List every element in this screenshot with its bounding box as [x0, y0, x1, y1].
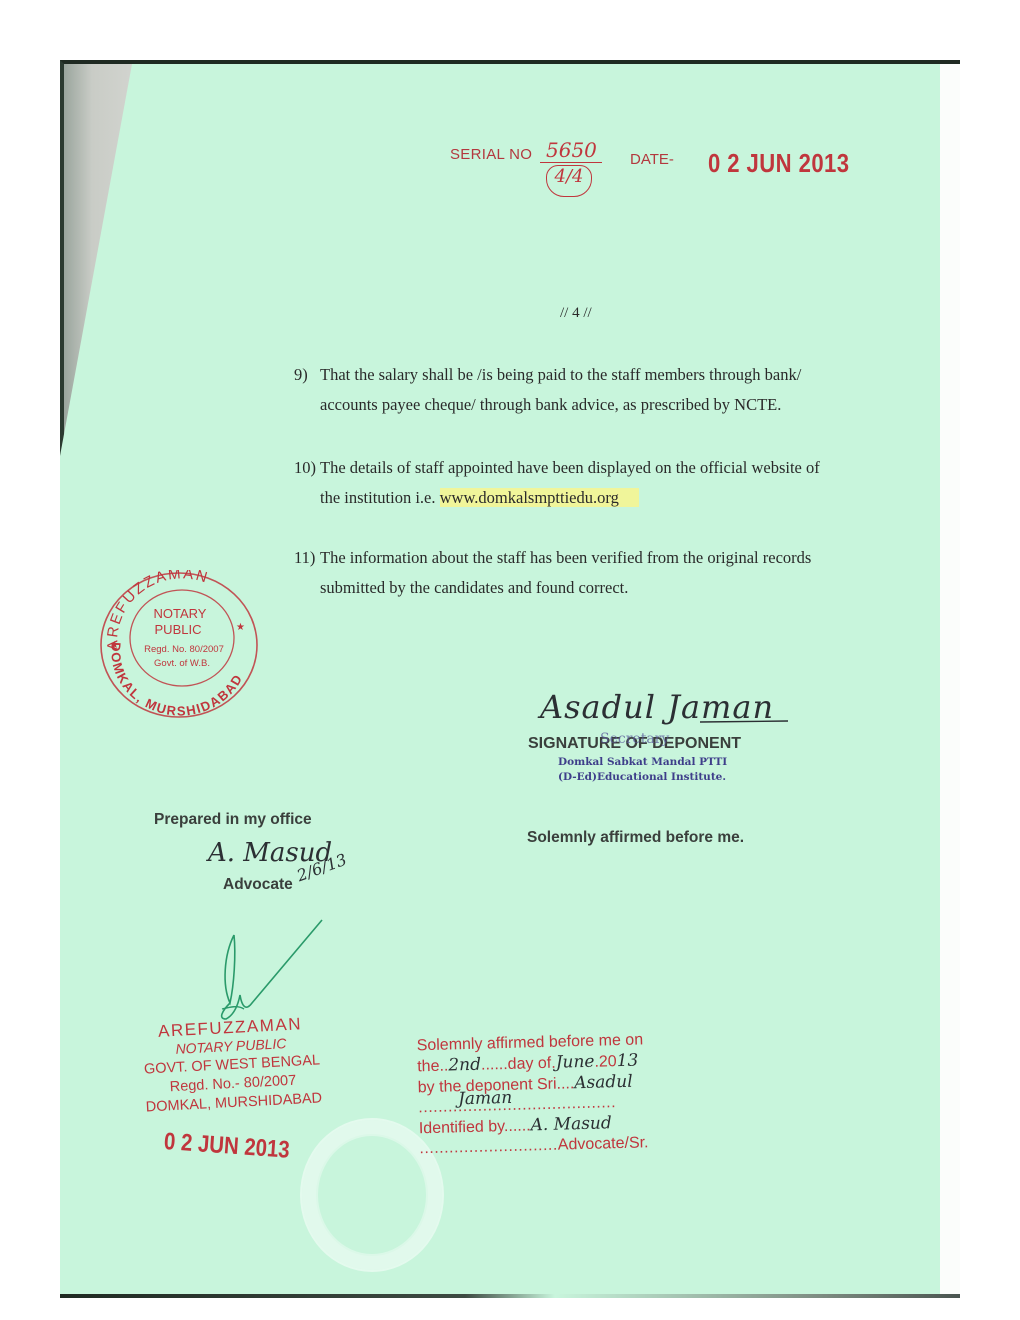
identifier-handwritten: A. Masud [530, 1113, 612, 1135]
secretary-stamp: Secretary [600, 731, 669, 747]
signature-flourish [700, 716, 790, 724]
institute-line: (D-Ed)Educational Institute. [558, 770, 727, 785]
clause-11: 11) The information about the staff has … [294, 543, 874, 603]
clause-number: 10) [294, 453, 316, 483]
stamp-inner-line: NOTARY [154, 606, 207, 621]
clause-line: submitted by the candidates and found co… [320, 573, 874, 603]
stamp-inner-line: Regd. No. 80/2007 [144, 644, 224, 655]
institute-stamp: Domkal Sabkat Mandal PTTI (D-Ed)Educatio… [558, 755, 727, 785]
affirm-text: Identified by...... [419, 1117, 531, 1137]
solemnly-affirmed-label: Solemnly affirmed before me. [527, 829, 744, 847]
serial-subnumber: 4/4 [546, 165, 592, 197]
clause-number: 9) [294, 360, 308, 390]
website-link-highlighted: www.domkalsmpttiedu.org [440, 488, 639, 507]
prepared-in-office-label: Prepared in my office [154, 811, 312, 829]
clause-line-text: the institution i.e. [320, 488, 440, 507]
serial-number-handwritten: 5650 4/4 [540, 138, 602, 197]
year-handwritten: 13 [616, 1051, 638, 1072]
institute-line: Domkal Sabkat Mandal PTTI [558, 755, 727, 770]
affirmation-block: Solemnly affirmed before me on the..2nd.… [416, 1028, 749, 1160]
affirm-text: Advocate/Sr. [558, 1134, 649, 1153]
stamp-inner-line: Govt. of W.B. [154, 658, 210, 669]
star-icon: ★ [236, 622, 245, 633]
clause-line: accounts payee cheque/ through bank advi… [320, 390, 874, 420]
clause-9: 9) That the salary shall be /is being pa… [294, 360, 874, 420]
clause-line: the institution i.e. www.domkalsmpttiedu… [320, 483, 874, 513]
deponent-name-handwritten: Asadul [574, 1072, 633, 1094]
notary-round-stamp: AREFUZZAMAN DOMKAL, MURSHIDABAD ★ ★ NOTA… [98, 570, 260, 720]
affirm-dots: ........................................ [418, 1094, 616, 1116]
affirm-text: the.. [417, 1058, 449, 1076]
month-handwritten: June [555, 1052, 594, 1073]
date-label: DATE- [630, 151, 674, 168]
notary-signature [200, 915, 330, 1025]
advocate-label: Advocate [223, 876, 293, 894]
page-bottom-edge [60, 1294, 960, 1298]
affirm-dots: ............................ [419, 1137, 558, 1158]
stamp-inner-line: PUBLIC [155, 622, 202, 637]
notary-block-stamp: AREFUZZAMAN NOTARY PUBLIC GOVT. OF WEST … [130, 1013, 335, 1118]
serial-label: SERIAL NO [450, 146, 532, 163]
serial-number: 5650 [540, 138, 602, 163]
deponent-name-handwritten: Jaman [458, 1088, 513, 1109]
date-stamp: 0 2 JUN 2013 [708, 148, 849, 179]
star-icon: ★ [110, 640, 119, 651]
page-right-margin [940, 64, 960, 1294]
clause-line: The details of staff appointed have been… [320, 453, 874, 483]
clause-number: 11) [294, 543, 315, 573]
clause-line: The information about the staff has been… [320, 543, 874, 573]
affirm-text: ......day of. [481, 1055, 556, 1074]
page-number-marker: // 4 // [560, 305, 592, 322]
clause-10: 10) The details of staff appointed have … [294, 453, 874, 513]
day-handwritten: 2nd [448, 1055, 481, 1076]
affirm-text: .20 [594, 1053, 617, 1071]
clause-line: That the salary shall be /is being paid … [320, 360, 874, 390]
